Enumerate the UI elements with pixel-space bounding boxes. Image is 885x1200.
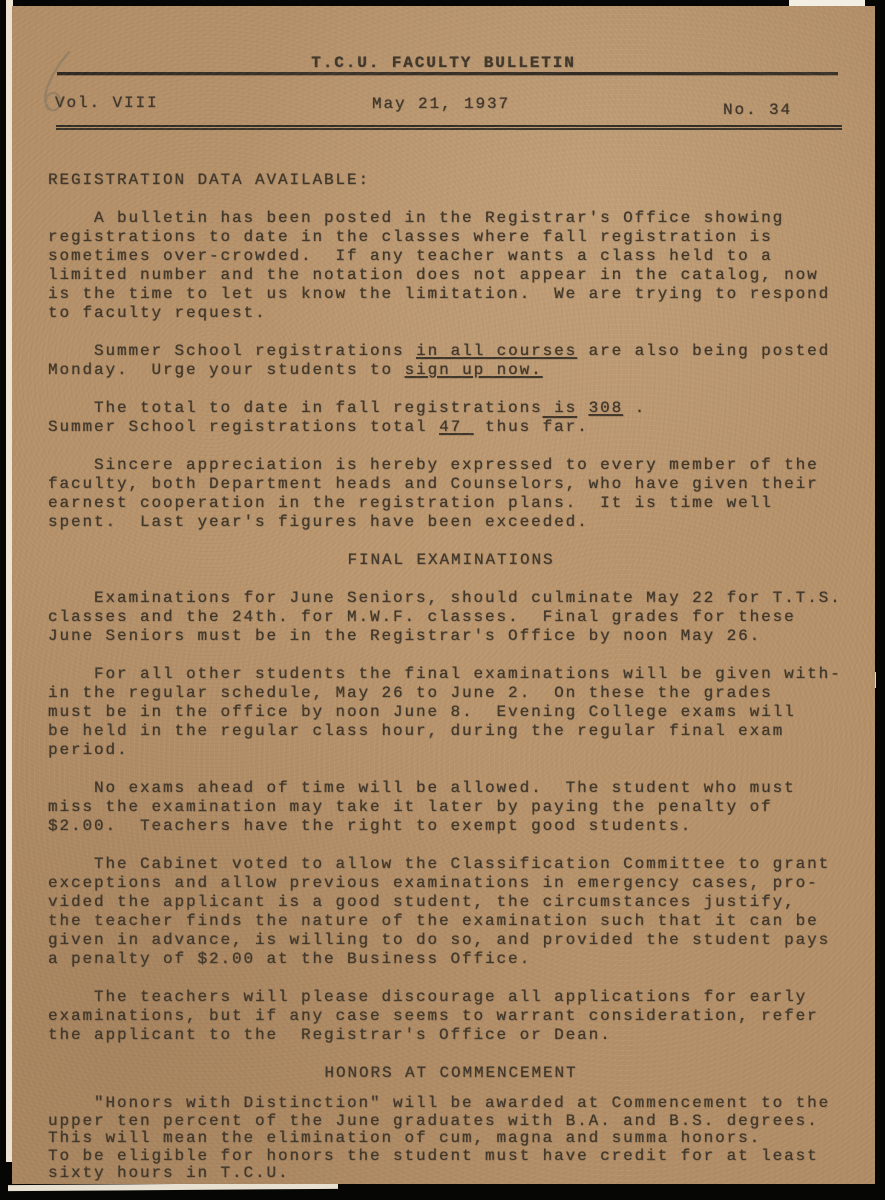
bulletin-body: REGISTRATION DATA AVAILABLE: A bulletin … <box>48 171 854 1183</box>
underlined-text: sign up now. <box>405 361 543 379</box>
text-line: classes and the 24th. for M.W.F. classes… <box>48 608 854 627</box>
text-line: spent. Last year's figures have been exc… <box>48 513 854 532</box>
paragraph-registration-1: A bulletin has been posted in the Regist… <box>48 209 854 323</box>
text-segment: The total to date in fall registrations … <box>48 399 589 417</box>
text-line: "Honors with Distinction" will be awarde… <box>48 1095 854 1113</box>
underlined-total-summer: 47 <box>439 418 474 436</box>
text-line: The total to date in fall registrations … <box>48 399 854 418</box>
text-segment: Summer School registrations total <box>48 418 439 436</box>
text-line: miss the examination may take it later b… <box>48 798 854 817</box>
text-line: Summer School registrations total 47 thu… <box>48 418 854 437</box>
text-line: given in advance, is willing to do so, a… <box>48 931 854 950</box>
text-line: $2.00. Teachers have the right to exempt… <box>48 817 854 836</box>
text-line: A bulletin has been posted in the Regist… <box>48 209 854 228</box>
text-line: sixty hours in T.C.U. <box>48 1165 854 1183</box>
text-line: the applicant to the Registrar's Office … <box>48 1026 854 1045</box>
bulletin-page: T.C.U. FACULTY BULLETIN Vol. VIII May 21… <box>12 6 875 1184</box>
section-heading-registration: REGISTRATION DATA AVAILABLE: <box>48 171 854 190</box>
section-heading-honors: HONORS AT COMMENCEMENT <box>48 1064 854 1083</box>
paragraph-honors-1: "Honors with Distinction" will be awarde… <box>48 1095 854 1183</box>
paragraph-exams-3: No exams ahead of time will be allowed. … <box>48 779 854 836</box>
text-line: For all other students the final examina… <box>48 665 854 684</box>
text-line: Summer School registrations in all cours… <box>48 342 854 361</box>
section-heading-final-exams: FINAL EXAMINATIONS <box>48 551 854 570</box>
text-line: limited number and the notation does not… <box>48 266 854 285</box>
text-line: the teacher finds the nature of the exam… <box>48 912 854 931</box>
text-segment: thus <box>474 418 543 436</box>
text-line: is the time to let us know the limitatio… <box>48 285 854 304</box>
text-line: a penalty of $2.00 at the Business Offic… <box>48 950 854 969</box>
text-line: Monday. Urge your students to sign up no… <box>48 361 854 380</box>
scanned-page: T.C.U. FACULTY BULLETIN Vol. VIII May 21… <box>0 0 885 1200</box>
text-line: registrations to date in the classes whe… <box>48 228 854 247</box>
text-line: No exams ahead of time will be allowed. … <box>48 779 854 798</box>
text-line: June Seniors must be in the Registrar's … <box>48 627 854 646</box>
text-segment: Summer School registrations <box>48 342 416 360</box>
text-line: To be eligible for honors the student mu… <box>48 1148 854 1166</box>
bulletin-title: T.C.U. FACULTY BULLETIN <box>12 54 875 72</box>
paragraph-exams-4: The Cabinet voted to allow the Classific… <box>48 855 854 969</box>
text-line: be held in the regular class hour, durin… <box>48 722 854 741</box>
masthead-rule-bottom <box>56 125 842 131</box>
text-segment: . <box>577 418 589 436</box>
issue-number: No. 34 <box>723 101 792 119</box>
text-line: in the regular schedule, May 26 to June … <box>48 684 854 703</box>
text-line: exceptions and allow previous examinatio… <box>48 874 854 893</box>
text-line: sometimes over-crowded. If any teacher w… <box>48 247 854 266</box>
masthead-rule-top <box>57 72 838 75</box>
text-line: The Cabinet voted to allow the Classific… <box>48 855 854 874</box>
paragraph-registration-3: The total to date in fall registrations … <box>48 399 854 437</box>
text-segment: . <box>623 399 646 417</box>
text-line: must be in the office by noon June 8. Ev… <box>48 703 854 722</box>
paragraph-registration-2: Summer School registrations in all cours… <box>48 342 854 380</box>
underlined-total-fall: 308 <box>589 399 624 417</box>
text-segment: are also being posted <box>577 342 830 360</box>
text-line: period. <box>48 741 854 760</box>
text-line: vided the applicant is a good student, t… <box>48 893 854 912</box>
text-segment: Monday. Urge your students to <box>48 361 405 379</box>
issue-date: May 21, 1937 <box>372 95 510 113</box>
text-line: Examinations for June Seniors, should cu… <box>48 589 854 608</box>
text-line: Sincere appreciation is hereby expressed… <box>48 456 854 475</box>
text-line: The teachers will please discourage all … <box>48 988 854 1007</box>
overlined-text: far <box>543 418 578 436</box>
scan-edge-white-bottom-left <box>8 1183 338 1191</box>
paragraph-registration-4: Sincere appreciation is hereby expressed… <box>48 456 854 532</box>
text-line: upper ten percent of the June graduates … <box>48 1113 854 1131</box>
paragraph-exams-1: Examinations for June Seniors, should cu… <box>48 589 854 646</box>
volume-label: Vol. VIII <box>55 94 159 112</box>
text-line: earnest cooperation in the registration … <box>48 494 854 513</box>
text-line: to faculty request. <box>48 304 854 323</box>
text-line: This will mean the elimination of cum, m… <box>48 1130 854 1148</box>
paragraph-exams-2: For all other students the final examina… <box>48 665 854 760</box>
paragraph-exams-5: The teachers will please discourage all … <box>48 988 854 1045</box>
text-line: faculty, both Department heads and Couns… <box>48 475 854 494</box>
text-line: examinations, but if any case seems to w… <box>48 1007 854 1026</box>
underlined-text: in all courses <box>416 342 577 360</box>
